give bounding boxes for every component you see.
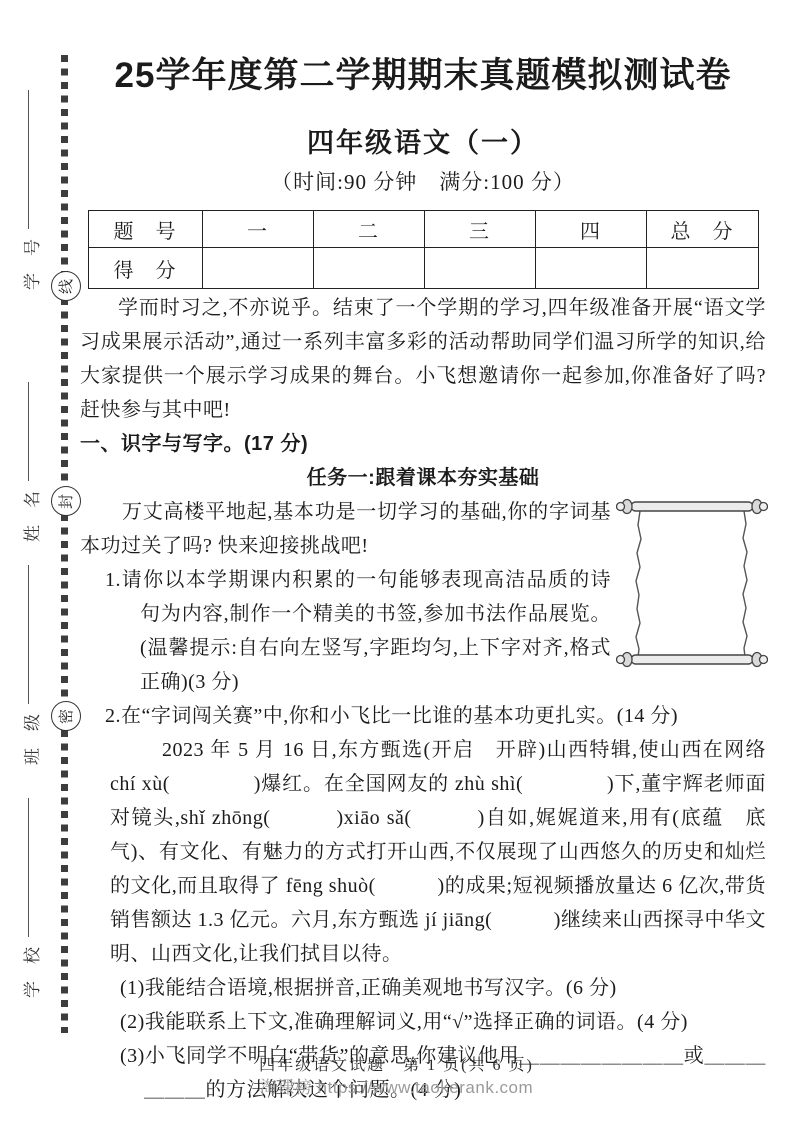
page-footer: 四年级语文试题第 1 页(共 6 页) 淘课榜 https://www.taok… xyxy=(0,1052,793,1098)
seal-stamp-line: 线 xyxy=(51,271,81,301)
exam-meta: （时间:90 分钟 满分:100 分） xyxy=(80,167,766,197)
question-2-sub-1: (1)我能结合语境,根据拼音,正确美观地书写汉字。(6 分) xyxy=(120,971,766,1005)
exam-content: 25学年度第二学期期末真题模拟测试卷 四年级语文（一） （时间:90 分钟 满分… xyxy=(80,40,766,1107)
task1-lead-paragraph: 万丈高楼平地起,基本功是一切学习的基础,你的字词基本功过关了吗? 快来迎接挑战吧… xyxy=(80,495,611,563)
score-row-label: 得 分 xyxy=(88,248,202,289)
question-2: 2.在“字词闯关赛”中,你和小飞比一比谁的基本功更扎实。(14 分) xyxy=(105,699,766,733)
section1-heading: 一、识字与写字。(17 分) xyxy=(80,427,766,461)
calligraphy-scroll-illustration xyxy=(616,497,768,673)
question-1: 1.请你以本学期课内积累的一句能够表现高洁品质的诗句为内容,制作一个精美的书签,… xyxy=(105,563,611,699)
class-blank-line xyxy=(28,565,29,704)
score-cell-4 xyxy=(535,248,646,289)
student-name-blank-line xyxy=(28,382,29,481)
intro-paragraph: 学而时习之,不亦说乎。结束了一个学期的学习,四年级准备开展“语文学习成果展示活动… xyxy=(80,291,766,427)
question-2-sub-2: (2)我能联系上下文,准确理解词义,用“√”选择正确的词语。(4 分) xyxy=(120,1005,766,1039)
score-table-score-row: 得 分 xyxy=(88,248,758,289)
school-field: 学 校 xyxy=(19,798,41,998)
school-blank-line xyxy=(28,798,29,937)
exam-subtitle: 四年级语文（一） xyxy=(80,124,766,162)
student-id-label: 学 号 xyxy=(18,239,43,290)
student-name-field: 姓 名 xyxy=(19,382,41,542)
score-table-col-total: 总 分 xyxy=(646,211,758,248)
score-cell-1 xyxy=(202,248,313,289)
score-cell-3 xyxy=(424,248,535,289)
score-table-col-2: 二 xyxy=(313,211,424,248)
score-cell-total xyxy=(646,248,758,289)
student-id-blank-line xyxy=(28,90,29,229)
exam-page: 学 号 姓 名 班 级 学 校 线 封 密 25学年度第二学期期末真题模拟测试卷… xyxy=(0,0,793,1122)
seal-margin: 学 号 姓 名 班 级 学 校 线 封 密 xyxy=(0,0,90,1122)
score-table-col-4: 四 xyxy=(535,211,646,248)
footer-doc-label: 四年级语文试题 xyxy=(259,1057,385,1074)
page-title: 25学年度第二学期期末真题模拟测试卷 xyxy=(80,54,766,98)
score-cell-2 xyxy=(313,248,424,289)
class-label: 班 级 xyxy=(18,714,43,765)
task1-heading: 任务一:跟着课本夯实基础 xyxy=(80,461,766,495)
score-table-header-row: 题 号 一 二 三 四 总 分 xyxy=(88,211,758,248)
class-field: 班 级 xyxy=(19,565,41,765)
task1-block: 万丈高楼平地起,基本功是一切学习的基础,你的字词基本功过关了吗? 快来迎接挑战吧… xyxy=(80,495,766,699)
seal-stamp-mi: 密 xyxy=(51,701,81,731)
seal-stamp-feng: 封 xyxy=(51,486,81,516)
school-label: 学 校 xyxy=(18,947,43,998)
seal-dashed-line xyxy=(61,55,68,1033)
score-table-col-3: 三 xyxy=(424,211,535,248)
student-name-label: 姓 名 xyxy=(18,491,43,542)
student-id-field: 学 号 xyxy=(19,90,41,290)
score-table: 题 号 一 二 三 四 总 分 得 分 xyxy=(88,210,759,289)
score-table-col-1: 一 xyxy=(202,211,313,248)
question-2-passage: 2023 年 5 月 16 日,东方甄选(开启 开辟)山西特辑,使山西在网络 c… xyxy=(110,733,766,971)
footer-page-line: 四年级语文试题第 1 页(共 6 页) xyxy=(0,1052,793,1075)
footer-page-info: 第 1 页(共 6 页) xyxy=(403,1057,534,1074)
footer-brand: 淘课榜 https://www.taokerank.com xyxy=(0,1073,793,1098)
score-table-corner: 题 号 xyxy=(88,211,202,248)
